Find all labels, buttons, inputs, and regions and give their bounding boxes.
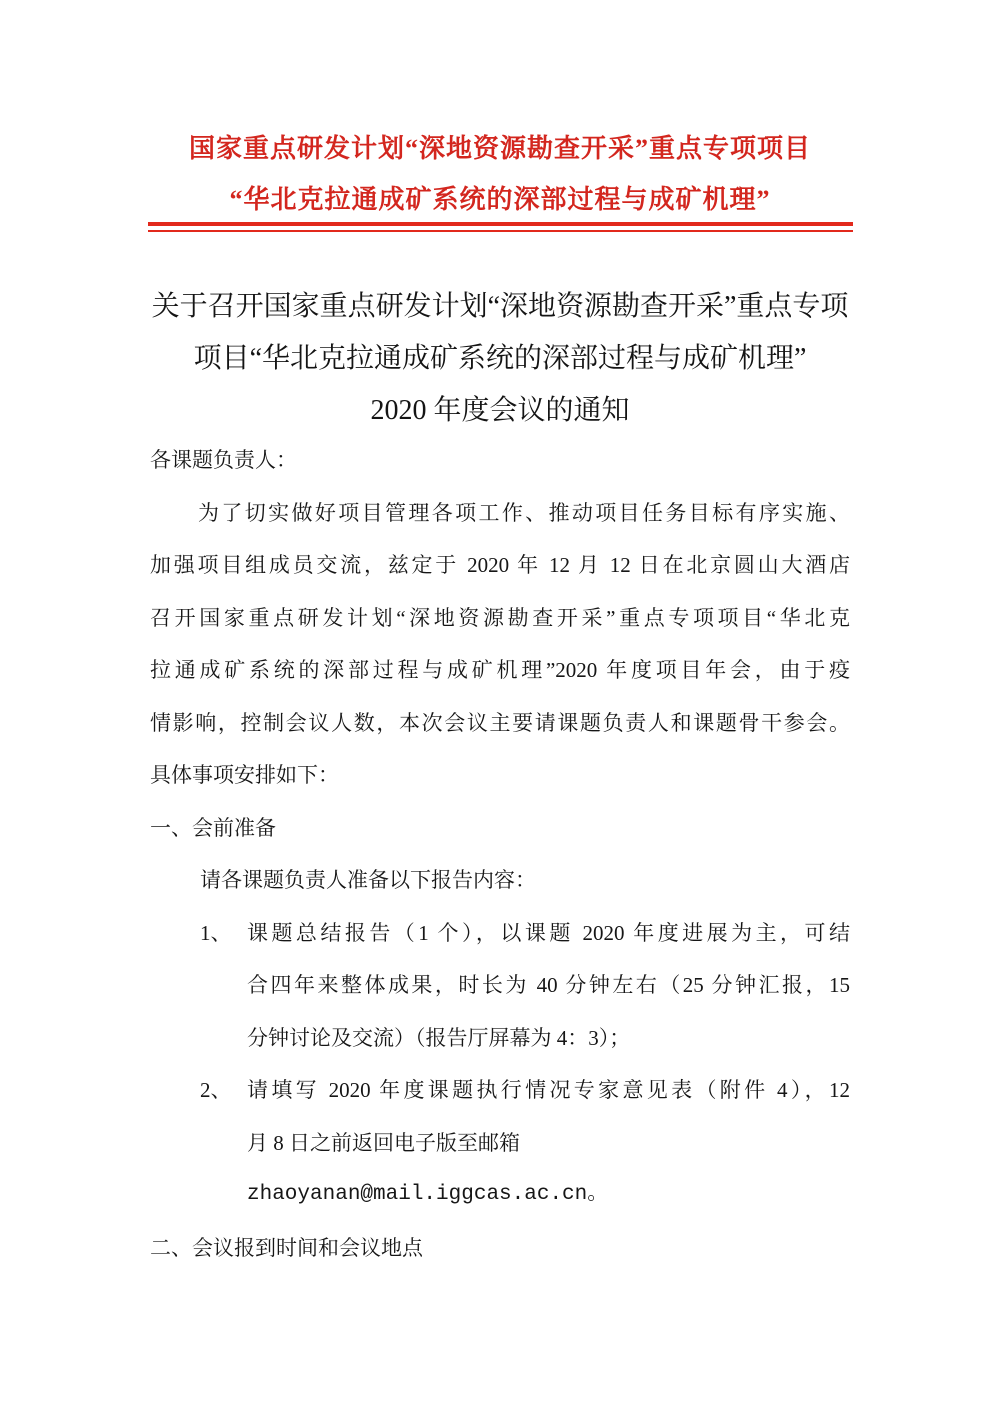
section-heading-2: 二、会议报到时间和会议地点 <box>150 1222 850 1275</box>
paragraph-line: 情影响，控制会议人数，本次会议主要请课题负责人和课题骨干参会。 <box>150 697 850 750</box>
list-item-1-marker: 1、 <box>200 907 247 960</box>
paragraph-line: 具体事项安排如下： <box>150 749 850 802</box>
title-line-2: 项目“华北克拉通成矿系统的深部过程与成矿机理” <box>150 333 850 385</box>
list-item-1-continuation: 合四年来整体成果，时长为 40 分钟左右（25 分钟汇报，15 <box>150 959 850 1012</box>
list-item-2-marker: 2、 <box>200 1064 247 1117</box>
list-item-1-text: 课题总结报告（1 个），以课题 2020 年度进展为主，可结 <box>247 907 850 960</box>
list-item-1-continuation: 分钟讨论及交流）（报告厅屏幕为 4：3）； <box>150 1012 850 1065</box>
title-line-1: 关于召开国家重点研发计划“深地资源勘查开采”重点专项 <box>150 281 850 333</box>
salutation: 各课题负责人： <box>150 434 850 487</box>
document-page: 国家重点研发计划“深地资源勘查开采”重点专项项目 “华北克拉通成矿系统的深部过程… <box>0 0 1000 1414</box>
list-item-2-continuation: 月 8 日之前返回电子版至邮箱 <box>150 1117 850 1170</box>
paragraph-line: 为了切实做好项目管理各项工作、推动项目任务目标有序实施、 <box>150 487 850 540</box>
paragraph-line: 召开国家重点研发计划“深地资源勘查开采”重点专项项目“华北克 <box>150 592 850 645</box>
list-item-1: 1、 课题总结报告（1 个），以课题 2020 年度进展为主，可结 <box>150 907 850 960</box>
title-line-3: 2020 年度会议的通知 <box>150 385 850 437</box>
document-title: 关于召开国家重点研发计划“深地资源勘查开采”重点专项 项目“华北克拉通成矿系统的… <box>150 281 850 437</box>
letterhead: 国家重点研发计划“深地资源勘查开采”重点专项项目 “华北克拉通成矿系统的深部过程… <box>0 123 1000 225</box>
list-intro: 请各课题负责人准备以下报告内容： <box>150 854 850 907</box>
double-rule <box>148 222 853 232</box>
letterhead-line-1: 国家重点研发计划“深地资源勘查开采”重点专项项目 <box>0 123 1000 174</box>
letterhead-line-2: “华北克拉通成矿系统的深部过程与成矿机理” <box>0 174 1000 225</box>
list-item-2: 2、 请填写 2020 年度课题执行情况专家意见表（附件 4），12 <box>150 1064 850 1117</box>
list-item-2-text: 请填写 2020 年度课题执行情况专家意见表（附件 4），12 <box>247 1064 850 1117</box>
paragraph-line: 加强项目组成员交流，兹定于 2020 年 12 月 12 日在北京圆山大酒店 <box>150 539 850 592</box>
email-text: zhaoyanan@mail.iggcas.ac.cn。 <box>150 1169 850 1222</box>
section-heading-1: 一、会前准备 <box>150 802 850 855</box>
paragraph-line: 拉通成矿系统的深部过程与成矿机理”2020 年度项目年会，由于疫 <box>150 644 850 697</box>
document-body: 各课题负责人： 为了切实做好项目管理各项工作、推动项目任务目标有序实施、 加强项… <box>150 434 850 1274</box>
